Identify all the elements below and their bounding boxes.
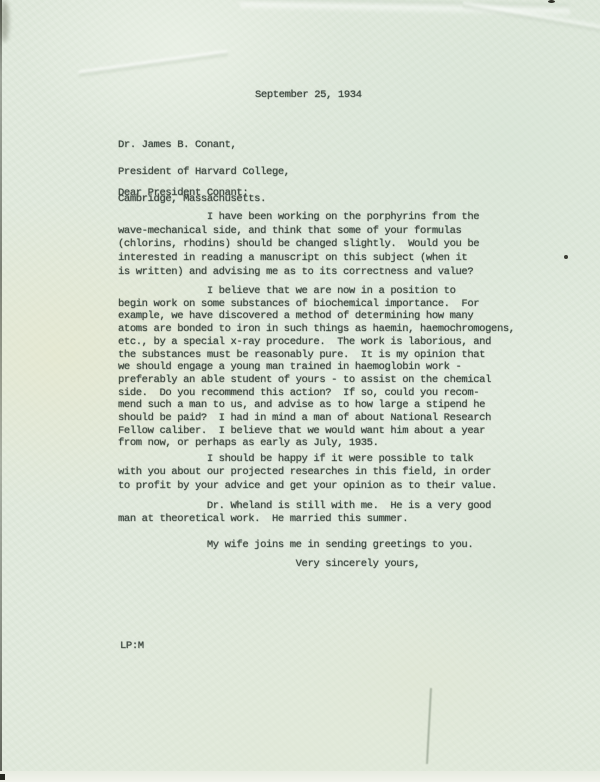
scan-speck-right xyxy=(564,255,568,259)
scan-speck-bottom-left xyxy=(0,774,5,780)
letter-date: September 25, 1934 xyxy=(255,89,362,102)
scan-speck-top-right xyxy=(548,0,555,3)
scan-edge-strip-left xyxy=(0,0,2,771)
paper-fold-line-bottom-right xyxy=(426,688,431,764)
paper-crease-top-left xyxy=(77,38,229,87)
scan-background-bottom xyxy=(0,771,600,782)
body-paragraph-greetings: My wife joins me in sending greetings to… xyxy=(118,539,473,552)
body-paragraph-3: I should be happy if it were possible to… xyxy=(118,453,497,493)
scanned-letter-page: September 25, 1934 Dr. James B. Conant, … xyxy=(0,0,600,782)
body-paragraph-2: I believe that we are now in a position … xyxy=(118,285,515,450)
salutation-line: Dear President Conant: xyxy=(118,187,248,200)
letter-paper: September 25, 1934 Dr. James B. Conant, … xyxy=(0,0,600,771)
paper-crease-top-right xyxy=(461,0,600,38)
recipient-title: President of Harvard College, xyxy=(118,166,290,178)
body-paragraph-1: I have been working on the porphyrins fr… xyxy=(118,211,479,280)
typist-initials: LP:M xyxy=(120,640,144,653)
scan-smudge-top-left xyxy=(0,0,9,42)
recipient-name: Dr. James B. Conant, xyxy=(118,139,236,151)
body-paragraph-4: Dr. Wheland is still with me. He is a ve… xyxy=(118,500,491,527)
closing-line: Very sincerely yours, xyxy=(118,558,420,571)
